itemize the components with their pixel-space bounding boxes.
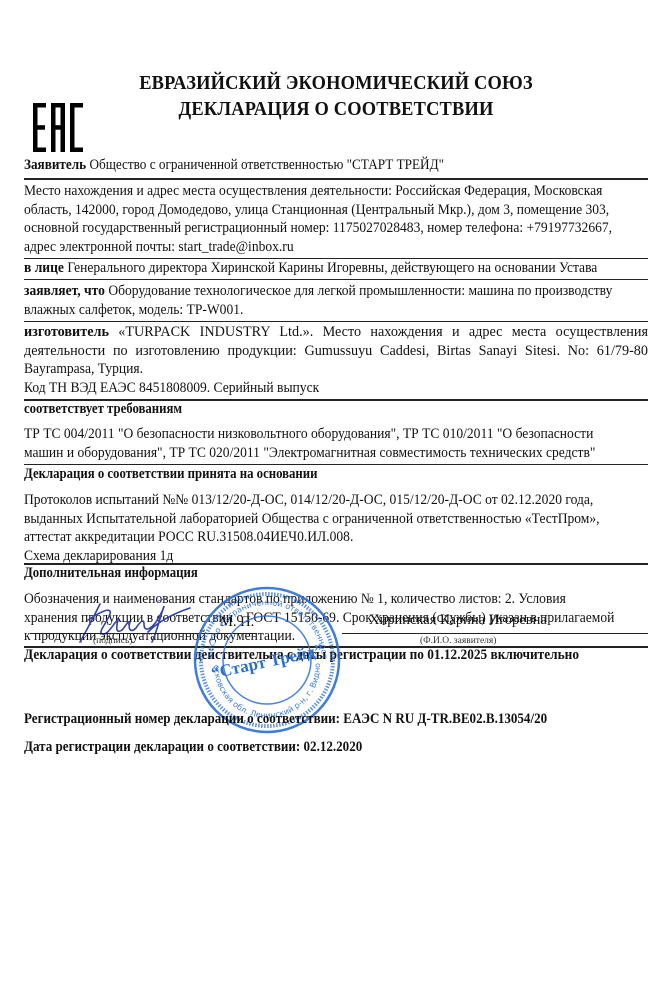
basis-line: Протоколов испытаний №№ 013/12/20-Д-ОС, … [24, 491, 620, 510]
manufacturer-label: изготовитель [24, 324, 109, 340]
basis-heading: Декларация о соответствии принята на осн… [24, 465, 586, 484]
address-line: область, 142000, город Домодедово, улица… [24, 201, 620, 220]
represented-by-value: Генерального директора Хиринской Карины … [67, 260, 597, 276]
union-title: ЕВРАЗИЙСКИЙ ЭКОНОМИЧЕСКИЙ СОЮЗ [27, 71, 645, 95]
manufacturer-text: деятельности по изготовлению продукции: … [24, 342, 648, 361]
additional-heading: Дополнительная информация [24, 564, 586, 583]
signature-icon [60, 598, 210, 648]
signer-caption: (Ф.И.О. заявителя) [420, 636, 496, 646]
basis-line: аттестат аккредитации РОСС RU.31508.04ИЕ… [24, 528, 620, 547]
address-line: адрес электронной почты: start_trade@inb… [24, 238, 620, 257]
manufacturer-text: Bayrampasa, Турция. [24, 360, 620, 379]
registration-date: Дата регистрации декларации о соответств… [24, 739, 362, 756]
hs-code-text: Код ТН ВЭД ЕАЭС 8451808009. Серийный вып… [24, 379, 620, 398]
requirements-heading: соответствует требованиям [24, 400, 586, 419]
requirements-block: ТР ТС 004/2011 "О безопасности низковоль… [24, 425, 648, 462]
address-line: основной государственный регистрационный… [24, 219, 620, 238]
address-block: Место нахождения и адрес места осуществл… [24, 182, 648, 256]
divider [24, 321, 648, 322]
basis-line: выданных Испытательной лабораторией Обще… [24, 510, 620, 529]
basis-block: Протоколов испытаний №№ 013/12/20-Д-ОС, … [24, 491, 648, 565]
requirements-line: ТР ТС 004/2011 "О безопасности низковоль… [24, 425, 620, 444]
signature-caption: (подпись) [93, 636, 132, 646]
requirements-heading-row: соответствует требованиям [24, 400, 648, 419]
declares-label: заявляет, что [24, 283, 105, 299]
manufacturer-block: изготовитель «TURPACK INDUSTRY Ltd.». Ме… [24, 323, 648, 397]
declares-text: влажных салфеток, модель: TP-W001. [24, 301, 620, 320]
address-line: Место нахождения и адрес места осуществл… [24, 182, 620, 201]
eac-logo-icon [33, 103, 83, 152]
declares-text: Оборудование технологическое для легкой … [108, 283, 612, 299]
basis-heading-row: Декларация о соответствии принята на осн… [24, 465, 648, 484]
requirements-line: машин и оборудования", ТР ТС 020/2011 "Э… [24, 444, 620, 463]
document-title: ДЕКЛАРАЦИЯ О СООТВЕТСТВИИ [27, 97, 645, 121]
signer-line [342, 633, 648, 634]
represented-by-label: в лице [24, 260, 64, 276]
divider [24, 178, 648, 180]
declares-block: заявляет, что Оборудование технологическ… [24, 282, 648, 319]
applicant-row: Заявитель Общество с ограниченной ответс… [24, 156, 648, 175]
applicant-value: Общество с ограниченной ответственностью… [89, 157, 444, 173]
signer-name: Хиринская Карина Игоревна [369, 612, 547, 629]
manufacturer-text: «TURPACK INDUSTRY Ltd.». Место нахождени… [118, 324, 648, 340]
applicant-label: Заявитель [24, 157, 86, 173]
additional-heading-row: Дополнительная информация [24, 564, 648, 583]
represented-by-row: в лице Генерального директора Хиринской … [24, 259, 648, 278]
divider [24, 279, 648, 280]
registration-number: Регистрационный номер декларации о соотв… [24, 711, 547, 728]
